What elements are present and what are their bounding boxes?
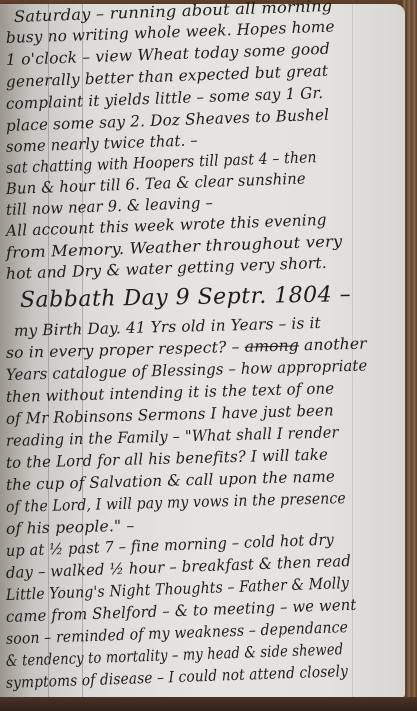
text-line: of his people." – (6, 517, 135, 538)
wood-frame-edge (0, 697, 417, 711)
manuscript-photo: Saturday – running about all morning bus… (0, 0, 417, 711)
text-fragment: another (299, 335, 367, 355)
wood-frame-edge (403, 0, 417, 711)
entry-heading: Sabbath Day 9 Septr. 1804 – (20, 282, 352, 313)
text-fragment: so in every proper respect? – (6, 338, 240, 362)
text-line: of the Lord, I will pay my vows in the p… (6, 489, 346, 516)
journal-page: Saturday – running about all morning bus… (0, 4, 405, 698)
struck-word: among (245, 336, 300, 355)
